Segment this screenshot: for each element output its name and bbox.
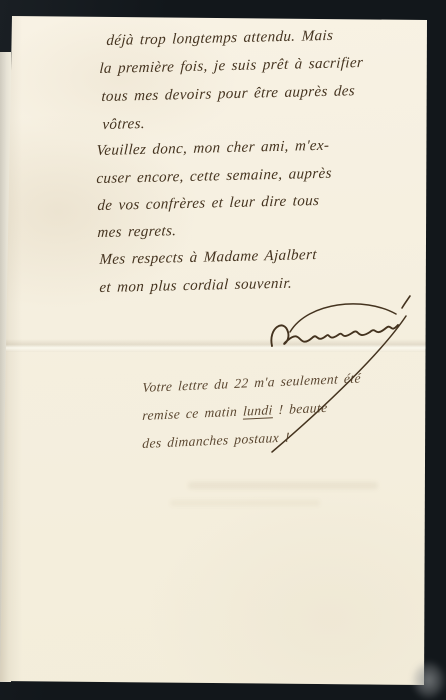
handwritten-line: de vos confrères et leur dire tous — [97, 193, 320, 215]
signature-flourish — [264, 294, 420, 458]
handwritten-line: déjà trop longtemps attendu. Mais — [106, 28, 334, 50]
letter-page: déjà trop longtemps attendu. Mais la pre… — [0, 0, 446, 700]
handwritten-line: vôtres. — [102, 116, 145, 134]
handwritten-line: cuser encore, cette semaine, auprès — [96, 166, 332, 188]
ink-show-through — [188, 482, 378, 489]
handwritten-line: Mes respects à Madame Ajalbert — [99, 247, 317, 269]
signature-arc-stroke — [290, 304, 396, 332]
handwritten-line: Veuillez donc, mon cher ami, m'ex- — [96, 138, 330, 160]
handwritten-line: la première fois, je suis prêt à sacrifi… — [99, 55, 364, 78]
postscript-text: remise ce matin — [142, 404, 243, 423]
photo-backdrop: déjà trop longtemps attendu. Mais la pre… — [0, 0, 446, 700]
ink-show-through — [170, 500, 320, 506]
signature-accent-stroke — [402, 296, 410, 308]
background-shadow-patch — [388, 656, 446, 700]
handwritten-line: tous mes devoirs pour être auprès des — [101, 83, 355, 106]
handwritten-line: mes regrets. — [97, 223, 177, 242]
signature-name-stroke — [271, 325, 398, 346]
